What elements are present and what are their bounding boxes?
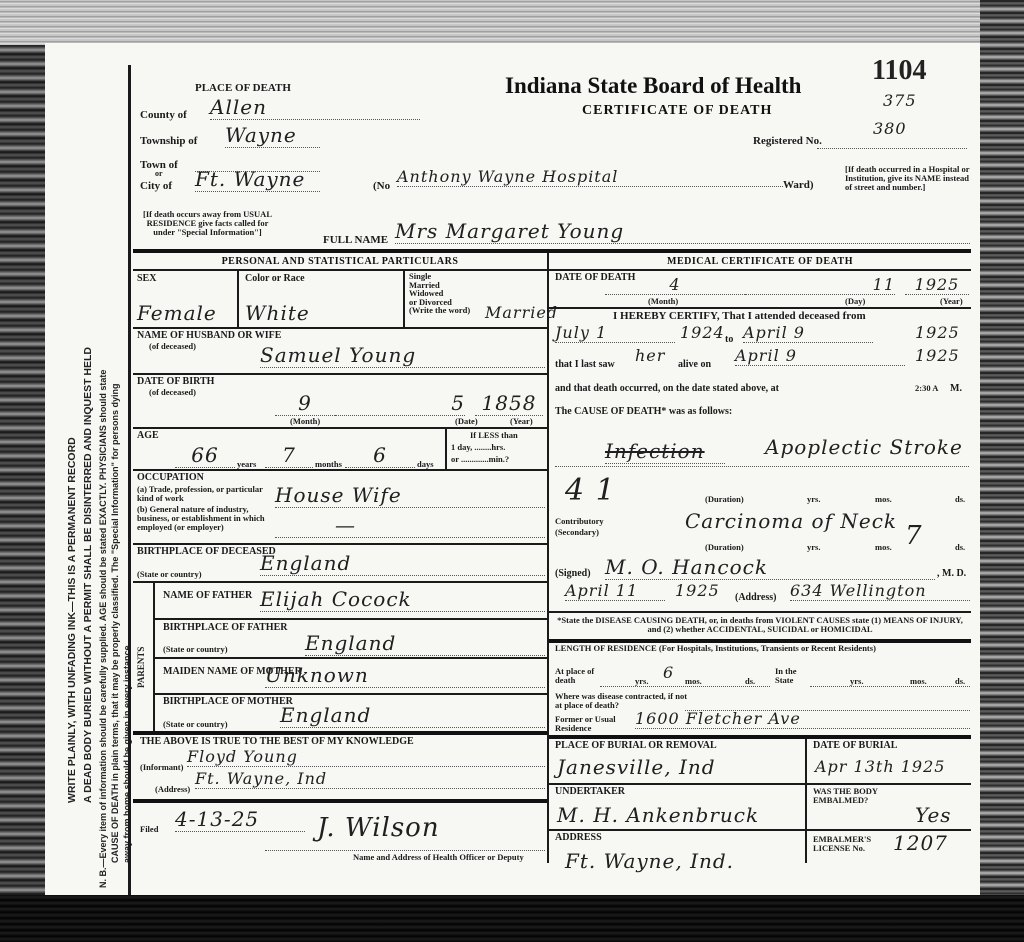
personal-header: PERSONAL AND STATISTICAL PARTICULARS: [133, 256, 547, 267]
alive-on-year: 1925: [915, 346, 960, 365]
county-value: Allen: [210, 95, 420, 120]
mos-label-1: mos.: [875, 495, 892, 504]
marital-label: Single Married Widowed or Divorced (Writ…: [409, 272, 470, 315]
occupation-a-label: (a) Trade, profession, or particular kin…: [137, 485, 277, 503]
at-place-yrs-label: yrs.: [635, 677, 648, 686]
signed-value: M. O. Hancock: [605, 555, 935, 580]
embalmed-label: WAS THE BODY EMBALMED?: [813, 787, 903, 805]
dob-day: 5: [335, 391, 465, 416]
filed-label: Filed: [140, 825, 158, 834]
margin-note-3: N. B.—Every item of information should b…: [98, 370, 108, 888]
age-months-caption: months: [315, 460, 342, 469]
hospital-note: [If death occurred in a Hospital or Inst…: [845, 165, 970, 192]
informant-value: Floyd Young: [187, 747, 545, 767]
parents-label: PARENTS: [136, 647, 146, 688]
mother-birthplace-value: England: [280, 703, 545, 728]
race-value: White: [245, 301, 310, 325]
less-than-label: If LESS than: [470, 431, 518, 440]
cause-struck: Infection: [605, 439, 725, 464]
yrs-label-2: yrs.: [807, 543, 820, 552]
age-days: 6: [345, 443, 415, 468]
rule: [549, 611, 971, 613]
occupation-label: OCCUPATION: [137, 473, 204, 484]
margin-divider: [128, 65, 131, 895]
last-saw-value: her: [635, 346, 665, 365]
in-state-ds-label: ds.: [955, 677, 965, 686]
cause-footnote: *State the DISEASE CAUSING DEATH, or, in…: [555, 616, 965, 634]
rule: [133, 327, 547, 329]
rule: [133, 731, 547, 735]
alive-on-label: alive on: [678, 360, 711, 371]
dod-day-caption: (Day): [845, 297, 865, 306]
medical-header: MEDICAL CERTIFICATE OF DEATH: [549, 256, 971, 267]
dob-label: DATE OF BIRTH: [137, 377, 214, 388]
mother-birthplace-sub: (State or country): [163, 720, 228, 729]
rule: [445, 427, 447, 469]
dod-month-caption: (Month): [648, 297, 678, 306]
registrar-signature: J. Wilson: [317, 813, 440, 843]
signature-line: [265, 849, 545, 851]
in-state-yrs-label: yrs.: [850, 677, 863, 686]
burial-address-value: Ft. Wayne, Ind.: [565, 849, 734, 873]
registrar-caption: Name and Address of Health Officer or De…: [353, 853, 524, 862]
at-place-mos-label: mos.: [685, 677, 702, 686]
rule: [403, 269, 405, 327]
scan-bottom-border: [0, 895, 1024, 942]
scan-top-border: [0, 0, 1024, 45]
contracted-label: Where was disease contracted, if not at …: [555, 692, 695, 710]
dob-month-caption: (Month): [290, 417, 320, 426]
ds-label-2: ds.: [955, 543, 965, 552]
scan-left-border: [0, 45, 45, 942]
dod-day: 11: [745, 275, 895, 295]
spouse-sub: (of deceased): [149, 342, 196, 351]
city-value: Ft. Wayne: [195, 167, 320, 192]
dod-year: 1925: [905, 275, 969, 295]
age-years: 66: [175, 443, 235, 468]
dod-year-caption: (Year): [940, 297, 963, 306]
handwritten-number-1: 375: [883, 91, 917, 110]
father-birthplace-sub: (State or country): [163, 645, 228, 654]
less-min-label: or .............min.?: [451, 455, 509, 464]
contributory-duration: 7: [905, 521, 923, 551]
or-label: or: [155, 170, 163, 178]
section-divider: [133, 249, 971, 253]
embalmed-value: Yes: [915, 803, 952, 827]
signed-year: 1925: [675, 581, 720, 600]
rule: [133, 543, 547, 545]
rule: [133, 581, 547, 583]
burial-address-label: ADDRESS: [555, 833, 602, 844]
rule: [133, 373, 547, 375]
mother-birthplace-label: BIRTHPLACE OF MOTHER: [163, 697, 293, 708]
attended-to: April 9: [743, 323, 873, 343]
spouse-label: NAME OF HUSBAND OR WIFE: [137, 331, 281, 342]
township-value: Wayne: [225, 123, 320, 148]
full-name-label: FULL NAME: [323, 235, 388, 247]
county-label: County of: [140, 110, 187, 122]
burial-place-value: Janesville, Ind: [557, 755, 716, 779]
ds-label-1: ds.: [955, 495, 965, 504]
street-prefix-label: (No: [373, 181, 390, 193]
father-birthplace-label: BIRTHPLACE OF FATHER: [163, 623, 287, 634]
md-label: , M. D.: [937, 569, 966, 580]
birthplace-value: England: [260, 551, 545, 576]
scan-right-border: [980, 0, 1024, 942]
former-residence-value: 1600 Fletcher Ave: [635, 709, 970, 729]
margin-note-2: A DEAD BODY BURIED WITHOUT A PERMIT SHAL…: [82, 347, 94, 803]
death-occurred-text: and that death occurred, on the date sta…: [555, 384, 779, 395]
father-name-value: Elijah Cocock: [260, 587, 545, 612]
margin-note-1: WRITE PLAINLY, WITH UNFADING INK—THIS IS…: [66, 437, 78, 803]
certify-text: I HEREBY CERTIFY, That I attended deceas…: [613, 311, 866, 323]
usual-residence-note: [If death occurs away from USUAL RESIDEN…: [140, 210, 275, 237]
occupation-b-value: —: [275, 513, 545, 538]
duration-label-1: (Duration): [705, 495, 744, 504]
rule: [237, 269, 239, 327]
rule: [153, 618, 547, 620]
occupation-a-value: House Wife: [275, 483, 545, 508]
township-label: Township of: [140, 136, 197, 148]
spouse-value: Samuel Young: [260, 343, 545, 368]
age-days-caption: days: [417, 460, 434, 469]
margin-instructions: WRITE PLAINLY, WITH UNFADING INK—THIS IS…: [48, 43, 130, 895]
attended-to-year: 1925: [915, 323, 960, 342]
undertaker-value: M. H. Ankenbruck: [557, 803, 759, 827]
informant-address-value: Ft. Wayne, Ind: [195, 769, 545, 789]
secondary-label: (Secondary): [555, 528, 599, 537]
in-state-label: In the State: [775, 667, 815, 685]
in-state-mos-label: mos.: [910, 677, 927, 686]
mother-maiden-value: Unknown: [265, 663, 545, 688]
sex-label: SEX: [137, 274, 156, 285]
ward-label: Ward): [783, 180, 814, 192]
dob-sub: (of deceased): [149, 388, 196, 397]
physician-address-label: (Address): [735, 593, 776, 604]
age-months: 7: [265, 443, 313, 468]
document-subtitle: CERTIFICATE OF DEATH: [582, 103, 772, 119]
rule: [153, 657, 547, 659]
cause-label: The CAUSE OF DEATH* was as follows:: [555, 407, 732, 418]
registered-no-field: [817, 147, 967, 149]
burial-date-label: DATE OF BURIAL: [813, 741, 897, 752]
at-place-ds-label: ds.: [745, 677, 755, 686]
death-time-suffix: M.: [950, 384, 962, 395]
at-place-mos: 6: [663, 663, 674, 682]
rule: [549, 735, 971, 739]
burial-place-label: PLACE OF BURIAL OR REMOVAL: [555, 741, 717, 752]
at-place-label: At place of death: [555, 667, 605, 685]
full-name-value: Mrs Margaret Young: [395, 219, 970, 244]
birthplace-label: BIRTHPLACE OF DECEASED: [137, 547, 276, 558]
registered-no-label: Registered No.: [753, 136, 822, 148]
filed-value: 4-13-25: [175, 807, 305, 832]
margin-note-4: CAUSE OF DEATH in plain terms, that it m…: [110, 384, 120, 863]
less-day-label: 1 day, ........hrs.: [451, 443, 505, 452]
rule: [133, 799, 547, 803]
occupation-b-label: (b) General nature of industry, business…: [137, 505, 277, 532]
former-residence-label: Former or Usual Residence: [555, 715, 635, 733]
rule: [549, 783, 971, 785]
license-value: 1207: [893, 831, 948, 855]
signed-label: (Signed): [555, 569, 591, 580]
father-birthplace-value: England: [305, 631, 545, 656]
father-name-label: NAME OF FATHER: [163, 591, 252, 602]
age-label: AGE: [137, 431, 159, 442]
rule: [555, 465, 969, 467]
in-state-field: [810, 685, 970, 687]
age-years-caption: years: [237, 460, 256, 469]
attended-from: July 1: [555, 323, 675, 343]
informant-label: (Informant): [140, 763, 183, 772]
rule: [549, 269, 971, 271]
death-certificate: WRITE PLAINLY, WITH UNFADING INK—THIS IS…: [45, 43, 980, 895]
dod-month: 4: [605, 275, 745, 295]
knowledge-label: THE ABOVE IS TRUE TO THE BEST OF MY KNOW…: [140, 737, 414, 748]
alive-on-value: April 9: [735, 346, 905, 366]
burial-date-value: Apr 13th 1925: [815, 757, 945, 776]
rule: [133, 469, 547, 471]
dob-year: 1858: [475, 391, 543, 416]
rule: [805, 739, 807, 863]
residence-header: LENGTH OF RESIDENCE (For Hospitals, Inst…: [555, 644, 965, 653]
death-time: 2:30 A: [915, 384, 938, 393]
document-title: Indiana State Board of Health: [505, 73, 801, 99]
dob-day-caption: (Date): [455, 417, 478, 426]
cause-value: Apoplectic Stroke: [765, 435, 963, 459]
last-saw-label: that I last saw: [555, 360, 615, 371]
physician-address-value: 634 Wellington: [790, 581, 970, 601]
mos-label-2: mos.: [875, 543, 892, 552]
column-divider: [547, 253, 549, 863]
rule: [549, 307, 971, 309]
dob-month: 9: [275, 391, 335, 416]
dob-year-caption: (Year): [510, 417, 533, 426]
rule: [133, 427, 547, 429]
signed-date: April 11: [565, 581, 665, 601]
city-label: City of: [140, 181, 172, 193]
street-value: Anthony Wayne Hospital: [397, 167, 805, 187]
license-label: EMBALMER'S LICENSE No.: [813, 835, 883, 853]
informant-address-label: (Address): [155, 785, 190, 794]
rule: [153, 693, 547, 695]
cause-duration: 4 1: [565, 473, 616, 508]
birthplace-sub: (State or country): [137, 570, 202, 579]
marital-value: Married: [485, 303, 558, 322]
place-of-death-header: PLACE OF DEATH: [195, 83, 291, 95]
duration-label-2: (Duration): [705, 543, 744, 552]
contributory-label: Contributory: [555, 517, 604, 526]
certificate-stamp-number: 1104: [872, 55, 926, 87]
attended-from-year: 1924: [680, 323, 725, 342]
race-label: Color or Race: [245, 274, 305, 285]
undertaker-label: UNDERTAKER: [555, 787, 625, 798]
yrs-label-1: yrs.: [807, 495, 820, 504]
rule: [133, 269, 547, 271]
contributory-value: Carcinoma of Neck: [685, 509, 897, 533]
to-label: to: [725, 335, 733, 346]
sex-value: Female: [137, 301, 217, 325]
handwritten-number-2: 380: [873, 119, 907, 138]
